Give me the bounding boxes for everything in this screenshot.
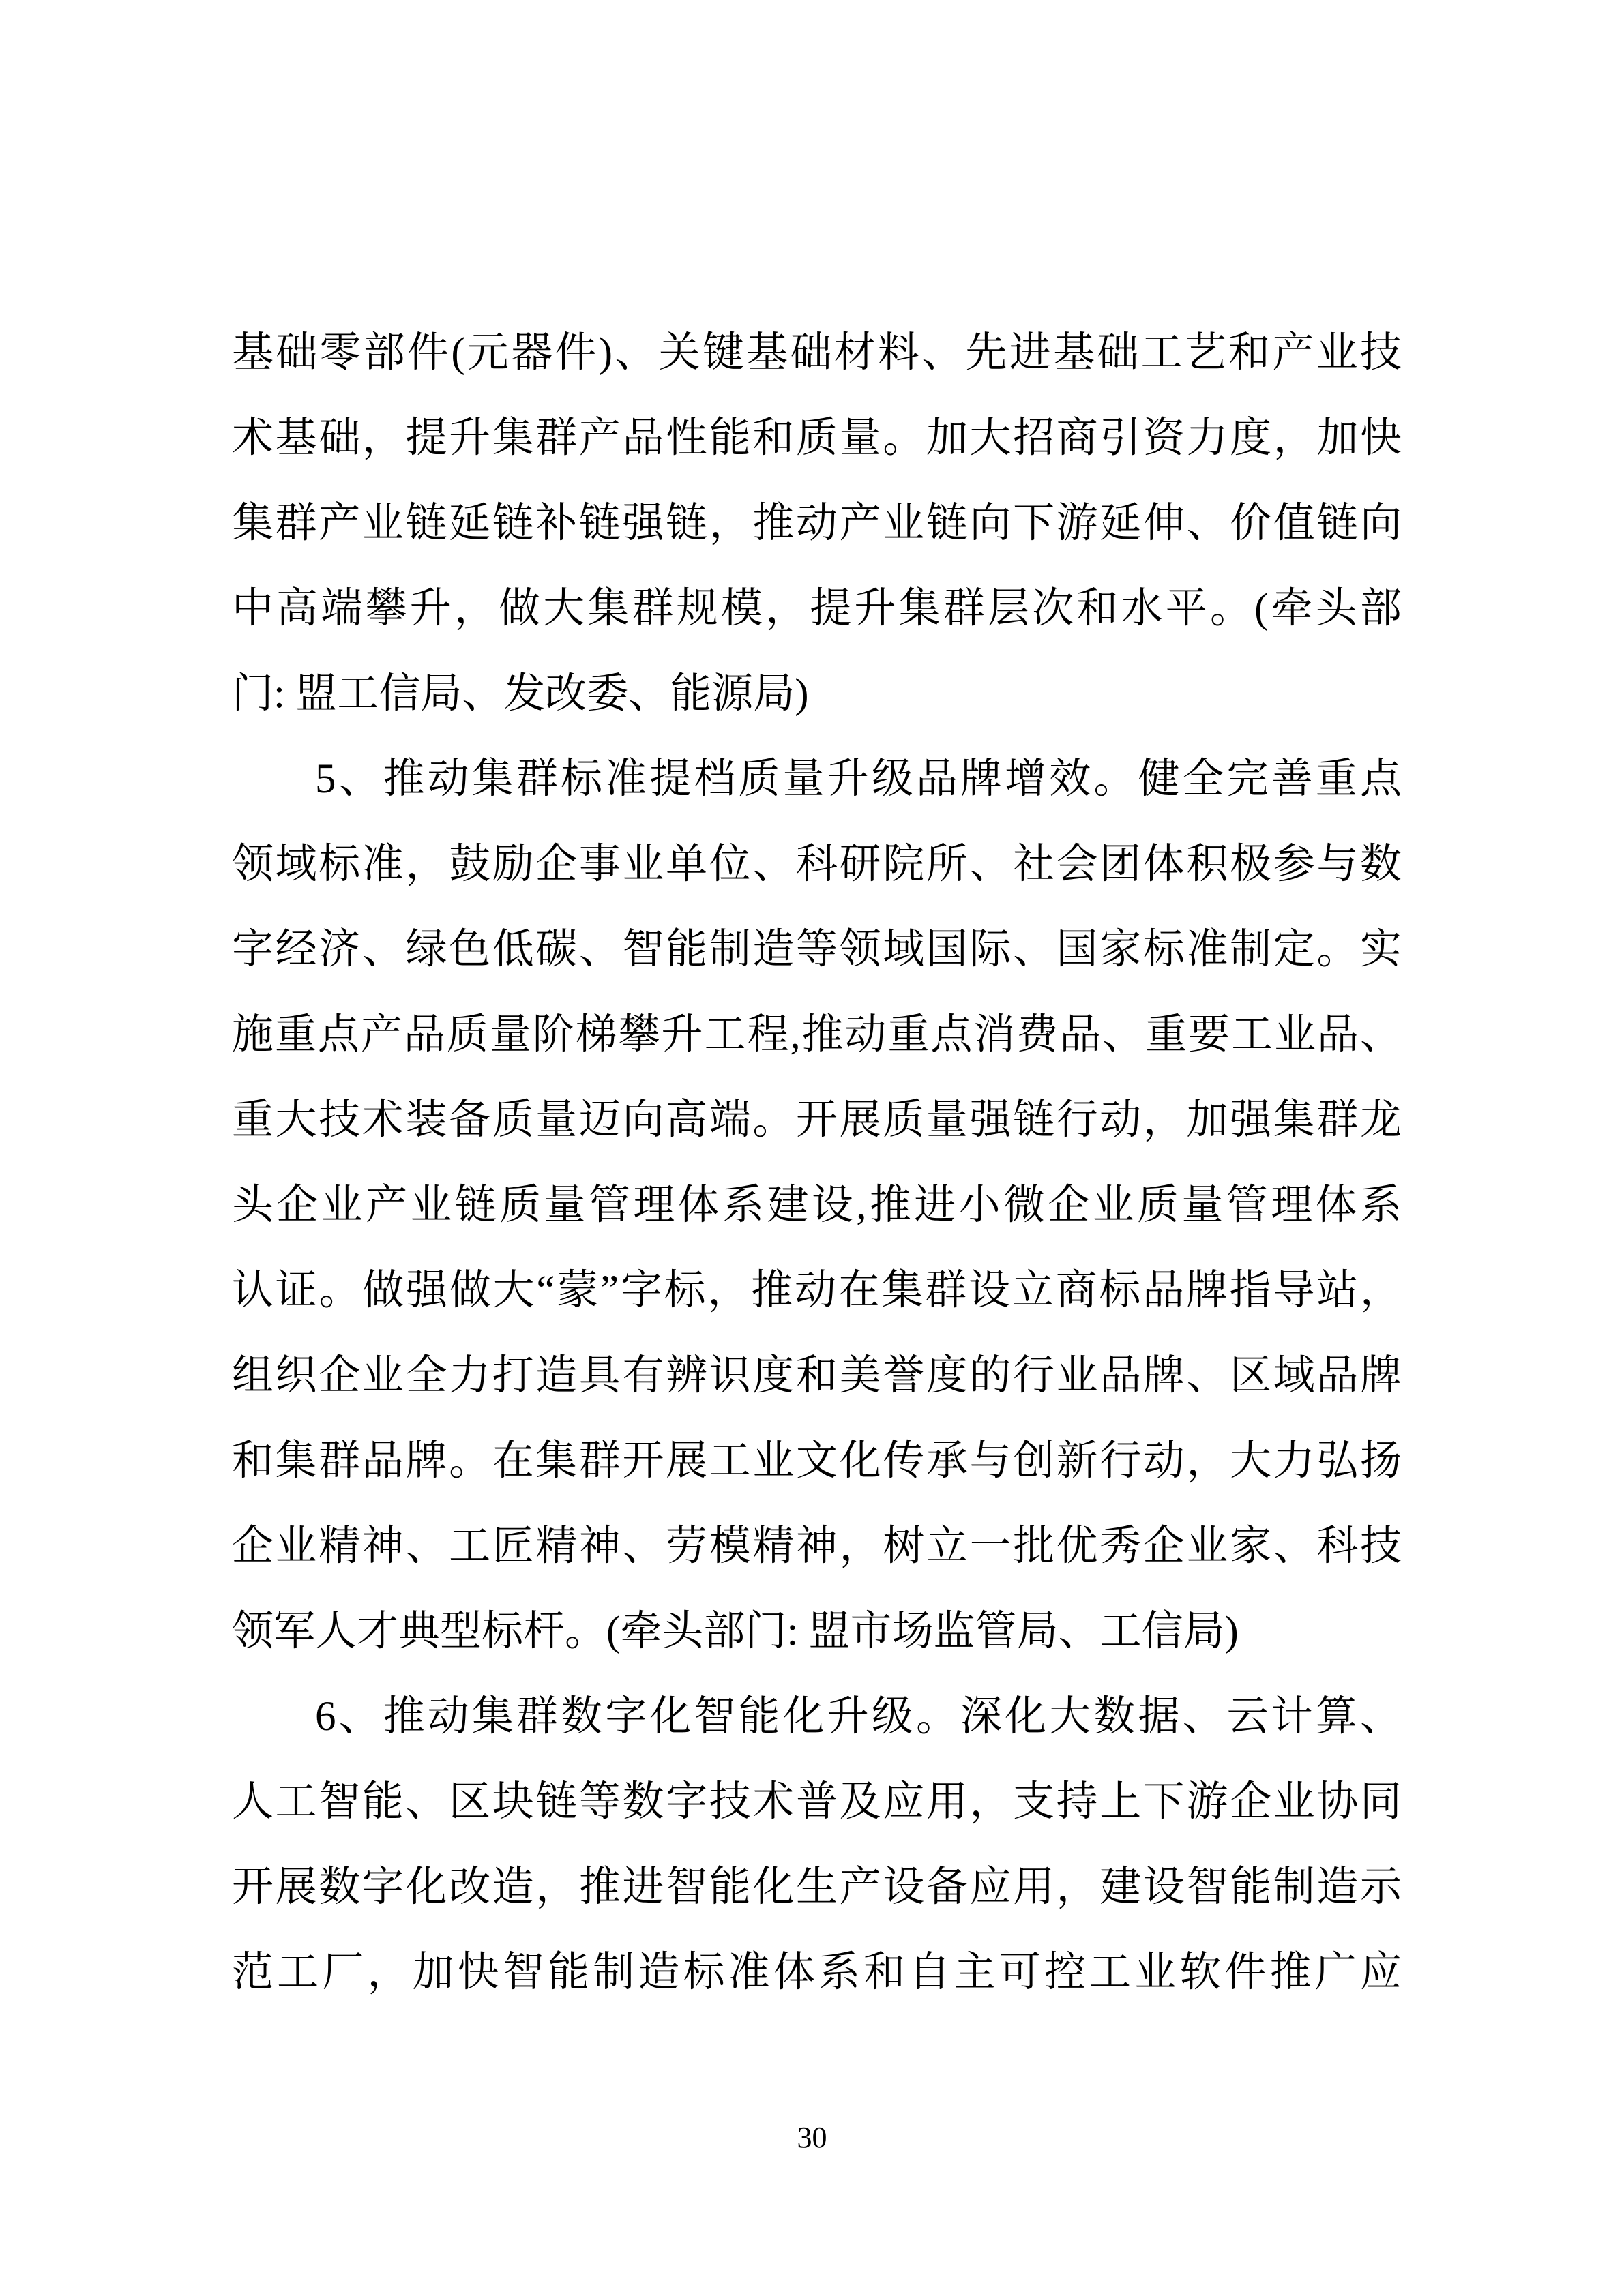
text-line: 集群产业链延链补链强链，推动产业链向下游延伸、价值链向 <box>232 481 1402 566</box>
paragraph: 6、推动集群数字化智能化升级。深化大数据、云计算、人工智能、区块链等数字技术普及… <box>232 1674 1402 2015</box>
document-page: 基础零部件(元器件)、关键基础材料、先进基础工艺和产业技术基础，提升集群产品性能… <box>0 0 1624 2296</box>
text-line: 6、推动集群数字化智能化升级。深化大数据、云计算、 <box>232 1674 1402 1759</box>
text-line: 组织企业全力打造具有辨识度和美誉度的行业品牌、区域品牌 <box>232 1333 1402 1418</box>
text-line: 领域标准，鼓励企事业单位、科研院所、社会团体积极参与数 <box>232 822 1402 907</box>
text-line: 和集群品牌。在集群开展工业文化传承与创新行动，大力弘扬 <box>232 1418 1402 1504</box>
text-line: 5、推动集群标准提档质量升级品牌增效。健全完善重点 <box>232 736 1402 822</box>
page-number: 30 <box>0 2117 1624 2158</box>
text-line: 施重点产品质量阶梯攀升工程,推动重点消费品、重要工业品、 <box>232 992 1402 1077</box>
text-line: 头企业产业链质量管理体系建设,推进小微企业质量管理体系 <box>232 1163 1402 1248</box>
paragraph: 5、推动集群标准提档质量升级品牌增效。健全完善重点领域标准，鼓励企事业单位、科研… <box>232 736 1402 1674</box>
text-line: 企业精神、工匠精神、劳模精神，树立一批优秀企业家、科技 <box>232 1504 1402 1589</box>
text-line: 基础零部件(元器件)、关键基础材料、先进基础工艺和产业技 <box>232 310 1402 396</box>
text-line: 重大技术装备质量迈向高端。开展质量强链行动，加强集群龙 <box>232 1077 1402 1163</box>
document-body: 基础零部件(元器件)、关键基础材料、先进基础工艺和产业技术基础，提升集群产品性能… <box>232 310 1402 2015</box>
text-line: 开展数字化改造，推进智能化生产设备应用，建设智能制造示 <box>232 1845 1402 1930</box>
text-line: 认证。做强做大“蒙”字标，推动在集群设立商标品牌指导站， <box>232 1248 1402 1333</box>
text-line: 门: 盟工信局、发改委、能源局) <box>232 651 1402 736</box>
text-line: 人工智能、区块链等数字技术普及应用，支持上下游企业协同 <box>232 1759 1402 1845</box>
text-line: 术基础，提升集群产品性能和质量。加大招商引资力度，加快 <box>232 396 1402 481</box>
text-line: 字经济、绿色低碳、智能制造等领域国际、国家标准制定。实 <box>232 907 1402 992</box>
text-line: 领军人才典型标杆。(牵头部门: 盟市场监管局、工信局) <box>232 1589 1402 1674</box>
paragraph: 基础零部件(元器件)、关键基础材料、先进基础工艺和产业技术基础，提升集群产品性能… <box>232 310 1402 736</box>
text-line: 范工厂，加快智能制造标准体系和自主可控工业软件推广应 <box>232 1930 1402 2015</box>
text-line: 中高端攀升，做大集群规模，提升集群层次和水平。(牵头部 <box>232 566 1402 651</box>
